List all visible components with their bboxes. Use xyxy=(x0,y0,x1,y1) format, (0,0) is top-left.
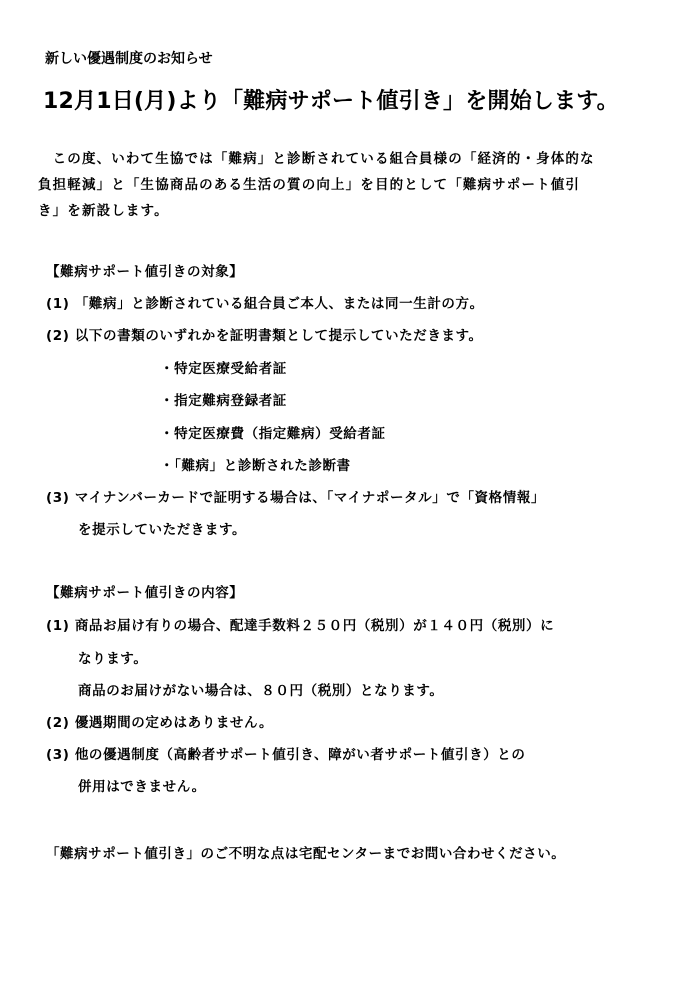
intro-line-1: この度、いわて生協では「難病」と診断されている組合員様の「経済的・身体的な xyxy=(38,150,595,168)
target-item-2: (2) 以下の書類のいずれかを証明書類として提示していただきます。 xyxy=(46,327,483,345)
content-item-2: (2) 優遇期間の定めはありません。 xyxy=(46,714,273,732)
target-item-3-line-1: (3) マイナンバーカードで証明する場合は、「マイナポータル」で「資格情報」 xyxy=(46,489,545,507)
target-item-1: (1) 「難病」と診断されている組合員ご本人、または同一生計の方。 xyxy=(46,295,484,313)
contact-footer: 「難病サポート値引き」のご不明な点は宅配センターまでお問い合わせください。 xyxy=(46,845,565,863)
notice-subtitle: 新しい優遇制度のお知らせ xyxy=(45,50,213,68)
content-item-1-line-2: なります。 xyxy=(78,650,147,668)
content-item-1-line-1: (1) 商品お届け有りの場合、配達手数料２５０円（税別）が１４０円（税別）に xyxy=(46,617,554,635)
content-item-3-line-2: 併用はできません。 xyxy=(78,778,206,796)
content-item-1-line-3: 商品のお届けがない場合は、８０円（税別）となります。 xyxy=(78,682,444,700)
notice-document: 新しい優遇制度のお知らせ 12月1日(月)より「難病サポート値引き」を開始します… xyxy=(0,0,694,981)
intro-line-2: 負担軽減」と「生協商品のある生活の質の向上」を目的として「難病サポート値引 xyxy=(38,176,580,194)
document-list-item: ・「難病」と診断された診断書 xyxy=(160,457,351,475)
document-list-item: ・特定医療受給者証 xyxy=(160,360,287,378)
content-item-3-line-1: (3) 他の優遇制度（高齢者サポート値引き、障がい者サポート値引き）との xyxy=(46,746,526,764)
target-section-heading: 【難病サポート値引きの対象】 xyxy=(46,263,243,281)
content-section-heading: 【難病サポート値引きの内容】 xyxy=(46,584,243,602)
document-list-item: ・特定医療費（指定難病）受給者証 xyxy=(160,425,386,443)
document-list-item: ・指定難病登録者証 xyxy=(160,392,287,410)
notice-title: 12月1日(月)より「難病サポート値引き」を開始します。 xyxy=(43,88,619,116)
target-item-3-line-2: を提示していただきます。 xyxy=(78,521,246,539)
intro-line-3: き」を新設します。 xyxy=(38,202,169,220)
